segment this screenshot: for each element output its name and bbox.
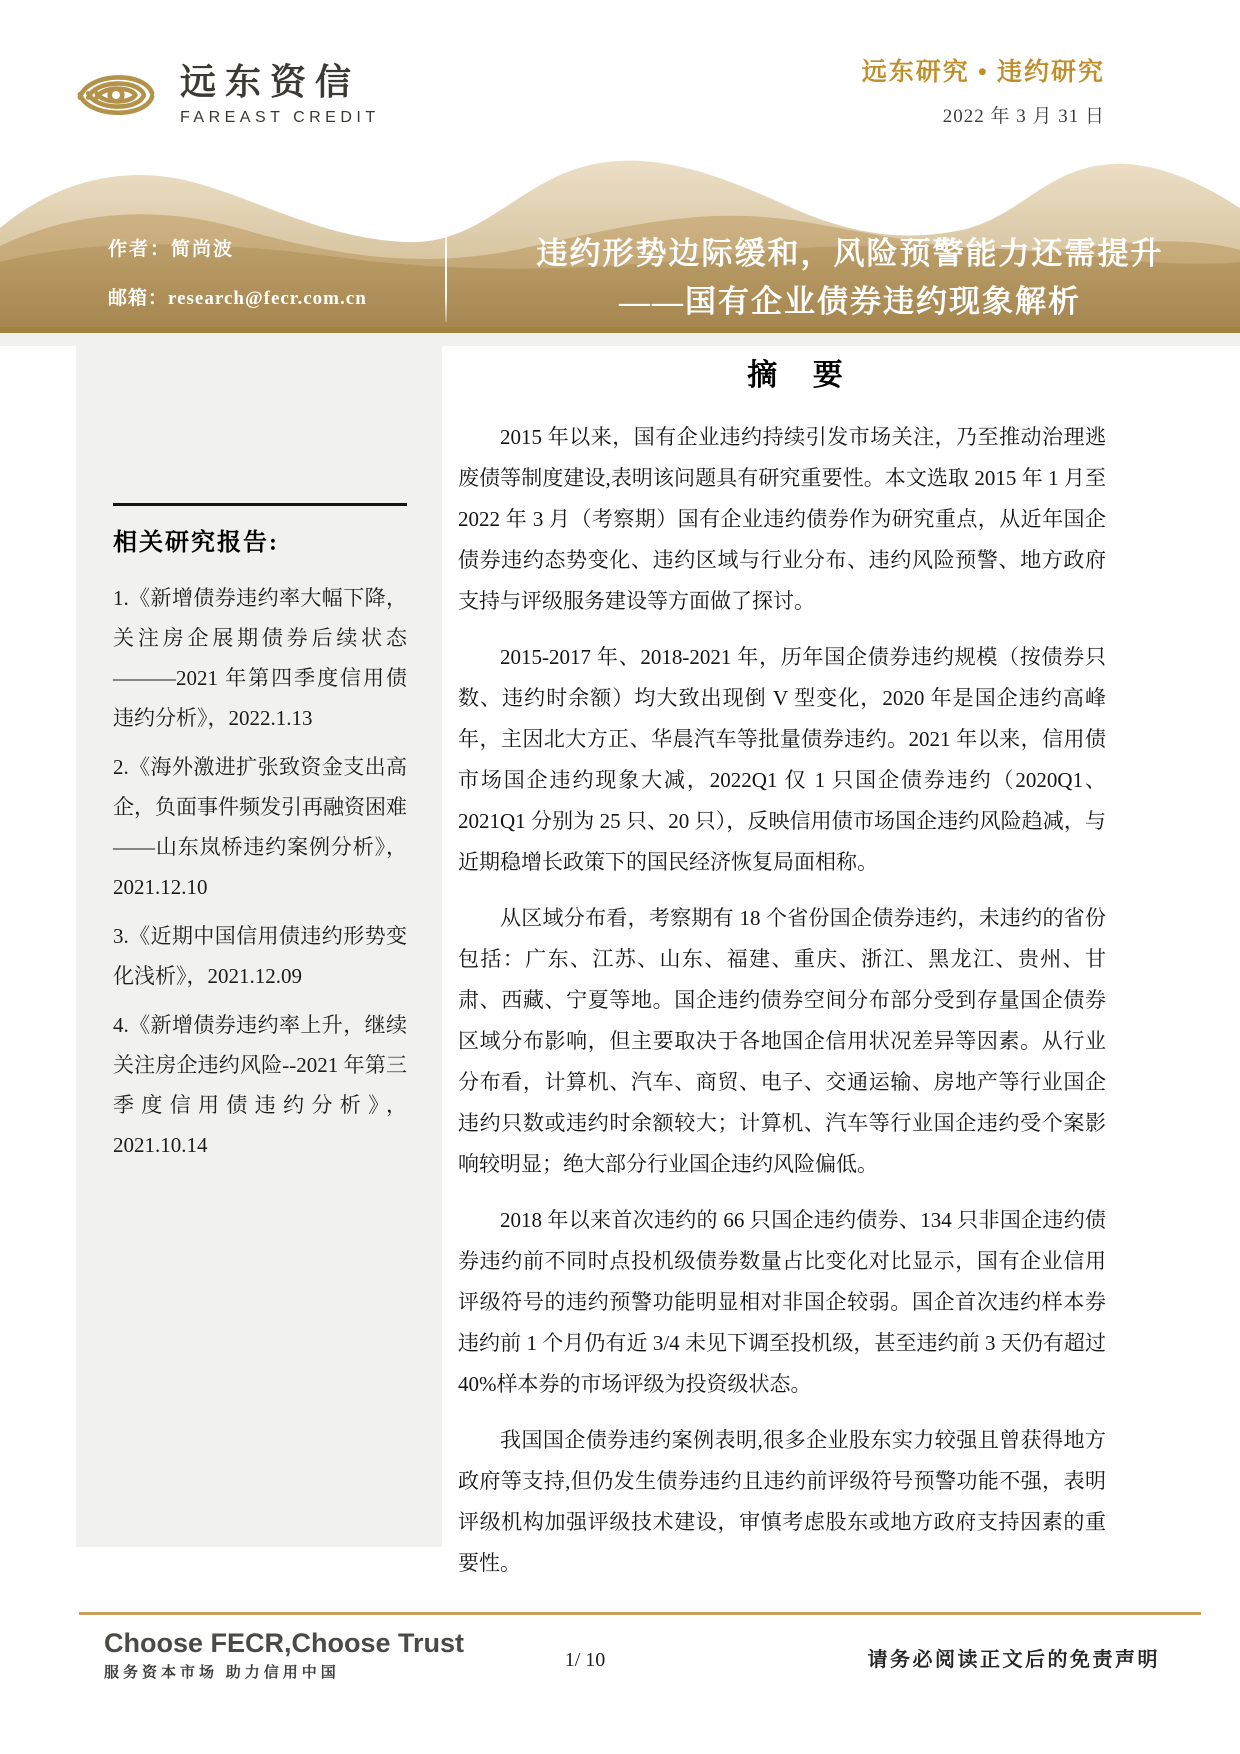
report-page: 远东资信 FAREAST CREDIT 远东研究 • 违约研究 2022 年 3… — [0, 0, 1240, 1754]
report-title-line1: 违约形势边际缓和，风险预警能力还需提升 — [460, 238, 1240, 269]
banner-divider-line — [445, 218, 447, 322]
fareast-credit-eye-icon — [74, 52, 158, 138]
author-email: 邮箱：research@fecr.com.cn — [108, 283, 367, 310]
brand-name-cn: 远东资信 — [180, 64, 380, 100]
author-block: 作者：简尚波 邮箱：research@fecr.com.cn — [108, 234, 367, 310]
related-reports-sidebar: 相关研究报告: 1.《新增债券违约率大幅下降，关注房企展期债券后续状态———20… — [76, 346, 442, 1547]
footer-slogan: Choose FECR,Choose Trust 服务资本市场 助力信用中国 — [104, 1630, 464, 1681]
abstract-paragraph: 从区域分布看，考察期有 18 个省份国企债券违约，未违约的省份包括：广东、江苏、… — [458, 898, 1106, 1185]
abstract-paragraph: 2015-2017 年、2018-2021 年，历年国企债券违约规模（按债券只数… — [458, 637, 1106, 883]
footer-slogan-cn: 服务资本市场 助力信用中国 — [104, 1666, 464, 1681]
header-meta: 远东研究 • 违约研究 2022 年 3 月 31 日 — [862, 60, 1105, 126]
abstract-section: 摘 要 2015 年以来，国有企业违约持续引发市场关注，乃至推动治理逃废债等制度… — [458, 361, 1106, 1599]
banner-bottom-strip — [0, 333, 1240, 346]
report-date: 2022 年 3 月 31 日 — [862, 107, 1105, 126]
brand-name-en: FAREAST CREDIT — [180, 110, 380, 126]
report-title: 违约形势边际缓和，风险预警能力还需提升 ——国有企业债券违约现象解析 — [460, 238, 1240, 317]
page-number: 1/ 10 — [540, 1650, 630, 1670]
sidebar-divider-rule — [113, 503, 407, 506]
abstract-paragraph: 我国国企债券违约案例表明,很多企业股东实力较强且曾获得地方政府等支持,但仍发生债… — [458, 1420, 1106, 1584]
footer-slogan-en: Choose FECR,Choose Trust — [104, 1630, 464, 1657]
related-reports-heading: 相关研究报告: — [113, 522, 279, 557]
related-report-item: 2.《海外激进扩张致资金支出高企，负面事件频发引再融资困难——山东岚桥违约案例分… — [113, 747, 407, 907]
abstract-paragraph: 2018 年以来首次违约的 66 只国企违约债券、134 只非国企违约债券违约前… — [458, 1200, 1106, 1405]
abstract-heading: 摘 要 — [458, 361, 1106, 391]
related-report-item: 1.《新增债券违约率大幅下降，关注房企展期债券后续状态———2021 年第四季度… — [113, 578, 407, 738]
research-series-label: 远东研究 • 违约研究 — [862, 60, 1105, 85]
footer-rule — [79, 1612, 1201, 1615]
related-report-item: 4.《新增债券违约率上升，继续关注房企违约风险--2021 年第三季度信用债违约… — [113, 1005, 407, 1165]
related-reports-list: 1.《新增债券违约率大幅下降，关注房企展期债券后续状态———2021 年第四季度… — [113, 578, 407, 1174]
related-report-item: 3.《近期中国信用债违约形势变化浅析》，2021.12.09 — [113, 916, 407, 996]
author-name: 作者：简尚波 — [108, 234, 367, 261]
abstract-body: 2015 年以来，国有企业违约持续引发市场关注，乃至推动治理逃废债等制度建设,表… — [458, 417, 1106, 1584]
title-banner: 作者：简尚波 邮箱：research@fecr.com.cn 违约形势边际缓和，… — [0, 150, 1240, 333]
report-title-line2: ——国有企业债券违约现象解析 — [460, 286, 1240, 317]
abstract-paragraph: 2015 年以来，国有企业违约持续引发市场关注，乃至推动治理逃废债等制度建设,表… — [458, 417, 1106, 622]
brand-logo: 远东资信 FAREAST CREDIT — [74, 52, 380, 138]
footer-disclaimer: 请务必阅读正文后的免责声明 — [868, 1650, 1161, 1670]
brand-text: 远东资信 FAREAST CREDIT — [180, 64, 380, 126]
